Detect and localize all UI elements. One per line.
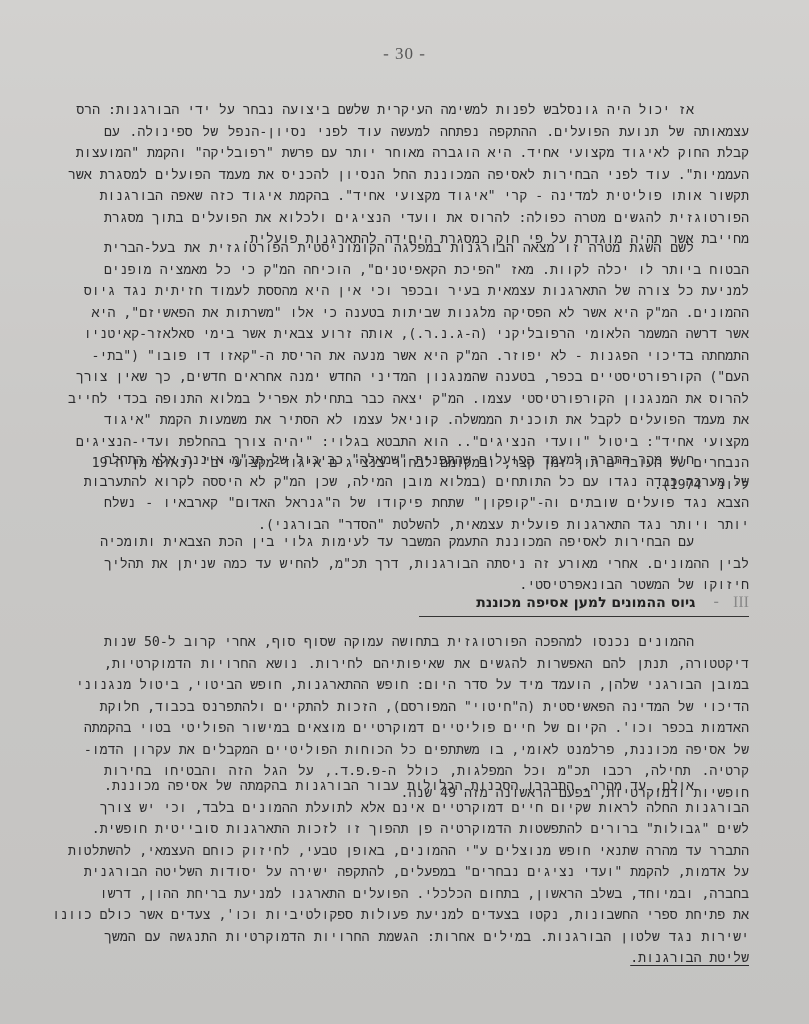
text-line-underlined: לשים "גבולות" ברורים להתפשטות הדמוקרטיה … <box>104 819 749 841</box>
text-line: במובן הבורגני שלהן, הועמד מיד על סדר היו… <box>104 675 749 697</box>
section-number: III <box>733 594 749 611</box>
paragraph-1: אז יכול היה גונסלבש לפנות למשימה העיקרית… <box>104 100 749 251</box>
text-line: על אדמות, להקמת "ועדי נציגים נבחרים" במפ… <box>104 862 749 884</box>
text-line: ההמונים. המ"ק היא אשר לא הפסיקה מלגנות ש… <box>104 303 749 325</box>
text-line: את פתיחת ספרי החשבונות, נקטו בצעדים למני… <box>104 905 749 927</box>
text-line: להרוס את המנגנון הקורפורטיסטי עצמו. המ"ק… <box>104 389 749 411</box>
text-line: הבורגנות החלה לראות שקיום חיים דמוקרטיים… <box>104 798 749 820</box>
text-line: התמחתה בדיכוי הפגנות - לא יפוזר. המ"ק הי… <box>104 346 749 368</box>
section-title: גיוס ההמונים למען אסיפה מכוננת <box>476 595 695 611</box>
text-line-underlined: ישירות נגד שלטון הבורגנות. במילים אחרות:… <box>104 927 749 949</box>
text-line: של מערכה כבדה נגדו עם כל התותחים (במלוא … <box>104 472 749 494</box>
text-line: ההמונים נכנסו למהפכה הפורטוגזית בתחושה ע… <box>104 632 749 654</box>
text-line: הבטוח ביותר לו יכלה לקוות. מאז "הפיכת הק… <box>104 260 749 282</box>
text-line: הפורטוגזית להגשים מטרה כפולה: להרוס את ו… <box>104 208 749 230</box>
document-page: - 30 - אז יכול היה גונסלבש לפנות למשימה … <box>0 0 809 1024</box>
text-line: אז יכול היה גונסלבש לפנות למשימה העיקרית… <box>104 100 749 122</box>
text-line: את מעמד הפועלים לקבל את תוכנית הממשלה. ק… <box>104 410 749 432</box>
text-line: התברר עד מהרה שתנאי חופש מנוצלים ע"י ההמ… <box>104 841 749 863</box>
text-line: של אסיפה מכוננת, פרלמנט לאומי, בו משתתפי… <box>104 740 749 762</box>
text-line: אולם, עד מהרה, התבררו הסכנות הכלולות עבו… <box>104 776 749 798</box>
text-line: לשם השגת מטרה זו מצאה הבורגנות במפלגה הק… <box>104 238 749 260</box>
text-line: בחברה, ובמיוחד, בשלב הראשון, בתחום הכלכל… <box>104 884 749 906</box>
text-line: עם הבחירות לאסיפה המכוננת התעמק המשבר עד… <box>104 532 749 554</box>
text-line: אשר דרשה המשמר הלאומי הרפובליקני (ה-ג.נ.… <box>104 324 749 346</box>
paragraph-4: עם הבחירות לאסיפה המכוננת התעמק המשבר עד… <box>104 532 749 597</box>
text-line: הצבא נגד פועלים שובתים וה-"קופקון" שתחת … <box>104 493 749 515</box>
text-line: למניעת כל צורה של התארגנות עצמאית בעיר ו… <box>104 281 749 303</box>
text-line: הדיכוי של המדינה הפאשיסטית (ה"חיטוי" המפ… <box>104 697 749 719</box>
text-line: לבין ההמונים. אחרי מאורע זה ניסתה הבורגנ… <box>104 554 749 576</box>
text-line: קבלת החוק לאיגוד מקצועי אחיד. היא הוגברה… <box>104 143 749 165</box>
text-line: העממיות". עוד לפני הבחירות לאסיפה המכוננ… <box>104 165 749 187</box>
text-line: העם") הקורפורטיסטיים בכפר, בטענה שהמנגנו… <box>104 367 749 389</box>
text-line: האדמות בכפר וכו'. הקיום של חיים פוליטיים… <box>104 718 749 740</box>
text-line: חיש מהר התברר למעמד הפועלים שהתפנית "שמא… <box>104 450 749 472</box>
section-paragraph-2: אולם, עד מהרה, התבררו הסכנות הכלולות עבו… <box>104 776 749 970</box>
text-line: עצמאותה של תנועת הפועלים. ההתקפה נפתחה ל… <box>104 122 749 144</box>
section-dash: - <box>711 592 721 611</box>
text-line: דיקטטורה, תנתן להם האפשרות להגשים את שאי… <box>104 654 749 676</box>
page-number: - 30 - <box>0 44 809 64</box>
paragraph-3: חיש מהר התברר למעמד הפועלים שהתפנית "שמא… <box>104 450 749 536</box>
text-line: תקשור אותו פוליטית למדינה - קרי "איגוד מ… <box>104 186 749 208</box>
text-line-underlined: שליטת הבורגנות. <box>104 948 749 970</box>
section-heading: III-גיוס ההמונים למען אסיפה מכוננת <box>419 592 749 617</box>
